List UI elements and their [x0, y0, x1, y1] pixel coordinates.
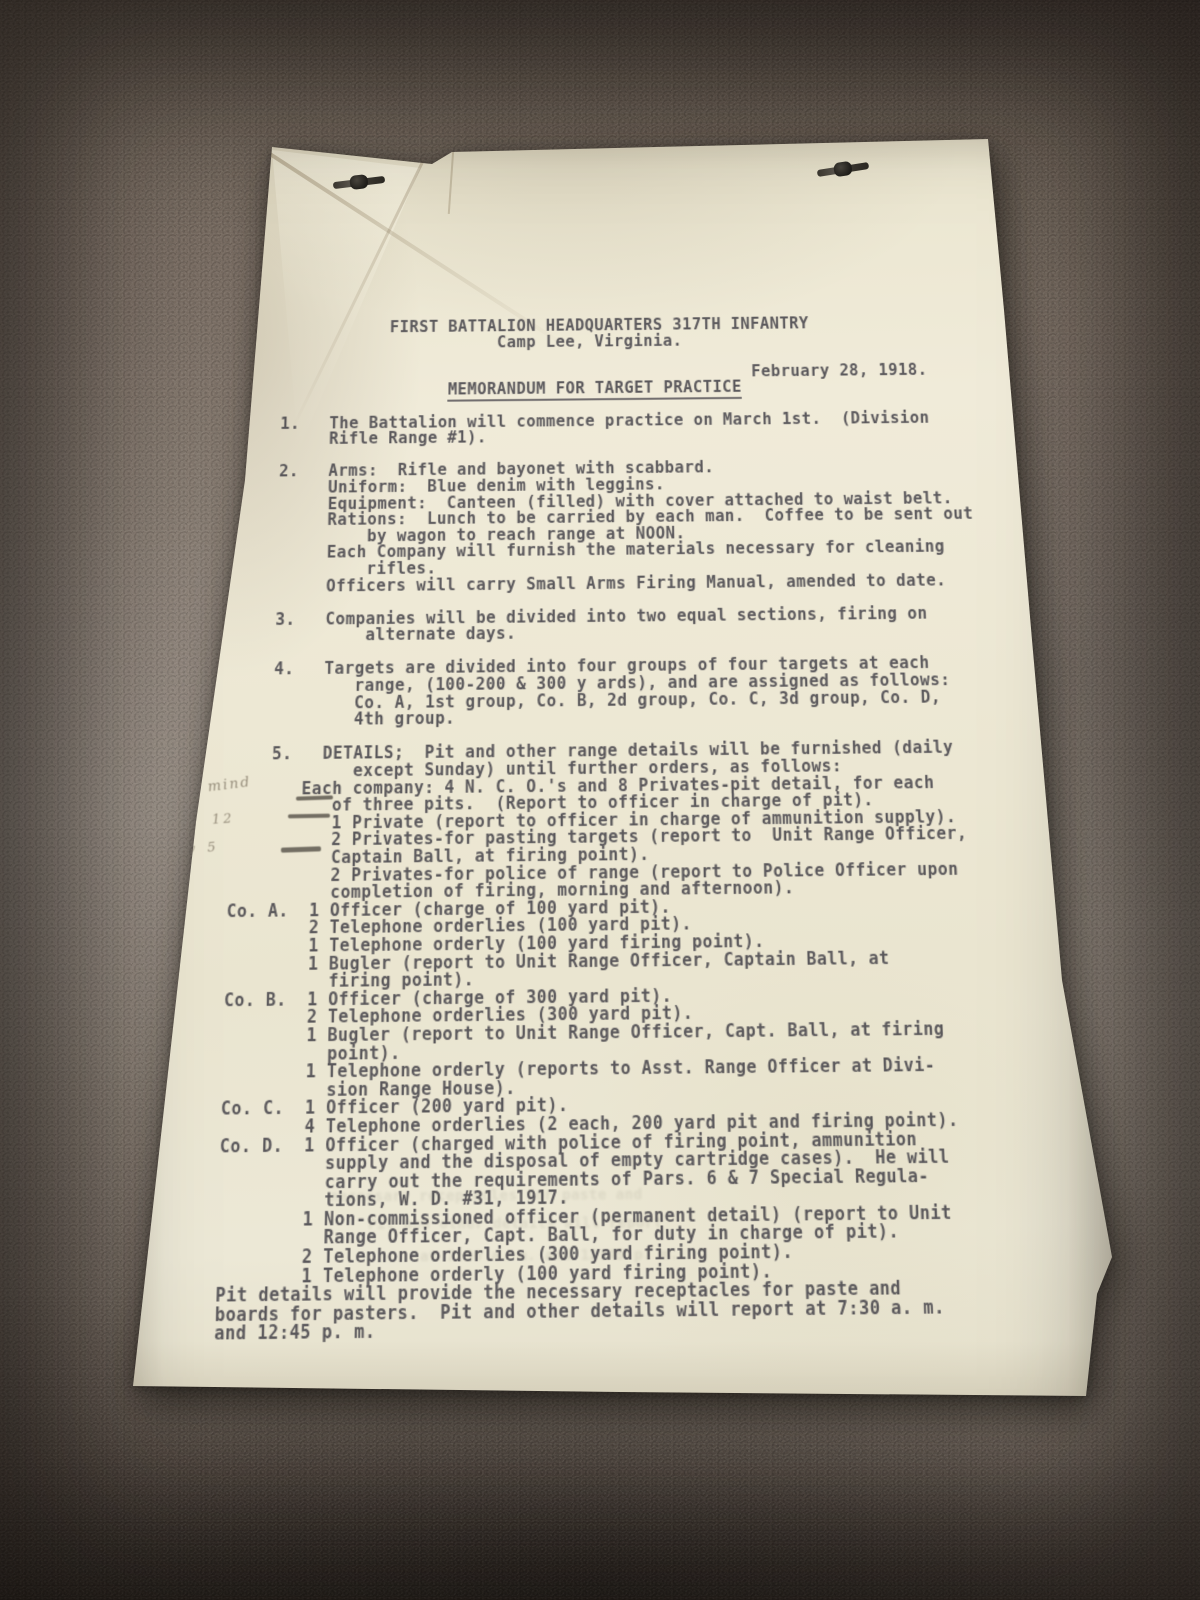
- photo-of-memorandum: { "photo": { "scene": "typewritten milit…: [0, 0, 1200, 1600]
- photo-vignette: [0, 0, 1200, 1600]
